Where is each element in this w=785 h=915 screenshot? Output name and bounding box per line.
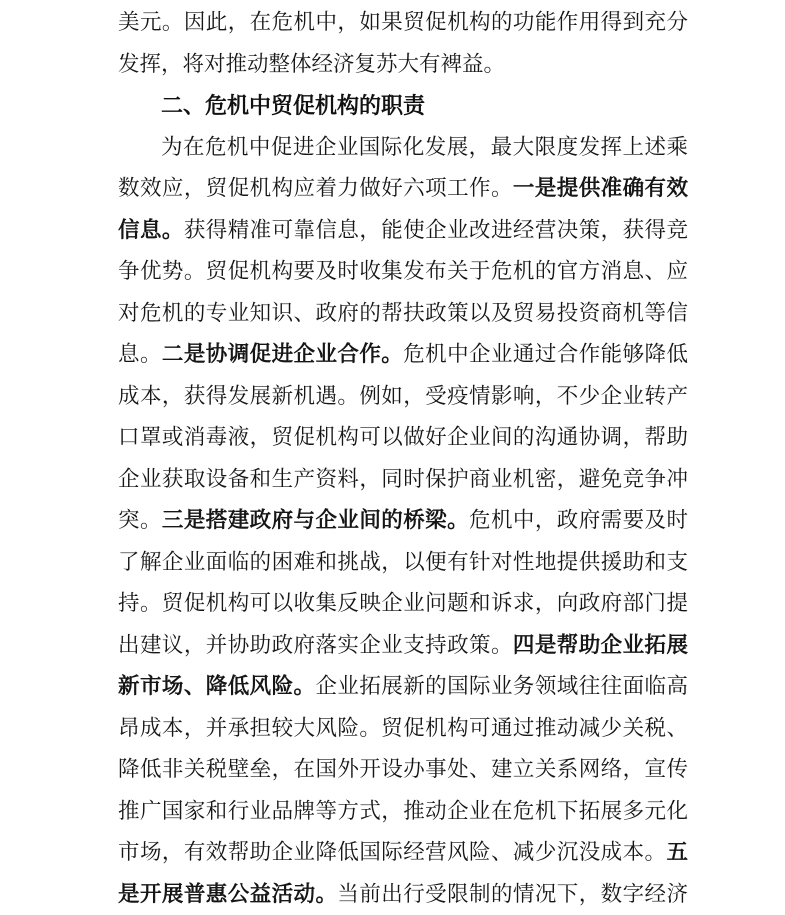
text-segment: 成本，获得发展新机遇。例如，受疫情影响，不少企业转产 xyxy=(118,384,688,408)
text-segment: 持。贸促机构可以收集反映企业问题和诉求，向政府部门提 xyxy=(118,591,688,615)
text-segment: 出建议，并协助政府落实企业支持政策。 xyxy=(118,633,513,657)
text-line: 新市场、降低风险。企业拓展新的国际业务领域往往面临高 xyxy=(118,666,688,708)
text-segment: 市场，有效帮助企业降低国际经营风险、减少沉没成本。 xyxy=(118,840,666,864)
text-line: 推广国家和行业品牌等方式，推动企业在危机下拓展多元化 xyxy=(118,791,688,833)
text-segment: 获得精准可靠信息，能使企业改进经营决策，获得竞 xyxy=(184,218,688,242)
text-segment: 降低非关税壁垒，在国外开设办事处、建立关系网络，宣传 xyxy=(118,757,688,781)
text-line: 突。三是搭建政府与企业间的桥梁。危机中，政府需要及时 xyxy=(118,500,688,542)
bold-text-segment: 四是帮助企业拓展 xyxy=(513,633,688,657)
text-segment: 争优势。贸促机构要及时收集发布关于危机的官方消息、应 xyxy=(118,259,688,283)
text-line: 信息。获得精准可靠信息，能使企业改进经营决策，获得竞 xyxy=(118,210,688,252)
text-segment: 了解企业面临的困难和挑战，以便有针对性地提供援助和支 xyxy=(118,550,688,574)
text-segment: 对危机的专业知识、政府的帮扶政策以及贸易投资商机等信 xyxy=(118,301,688,325)
bold-text-segment: 五 xyxy=(666,840,688,864)
bold-text-segment: 新市场、降低风险。 xyxy=(118,674,315,698)
text-segment: 突。 xyxy=(118,508,162,532)
text-line: 昂成本，并承担较大风险。贸促机构可通过推动减少关税、 xyxy=(118,708,688,750)
bold-text-segment: 二是协调促进企业合作。 xyxy=(162,342,403,366)
bold-text-segment: 是开展普惠公益活动。 xyxy=(118,882,337,906)
text-line: 是开展普惠公益活动。当前出行受限制的情况下，数字经济 xyxy=(118,874,688,915)
text-line: 降低非关税壁垒，在国外开设办事处、建立关系网络，宣传 xyxy=(118,749,688,791)
text-segment: 口罩或消毒液，贸促机构可以做好企业间的沟通协调，帮助 xyxy=(118,425,688,449)
section-heading: 二、危机中贸促机构的职责 xyxy=(118,85,688,127)
bold-text-segment: 三是搭建政府与企业间的桥梁。 xyxy=(162,508,469,532)
text-segment: 推广国家和行业品牌等方式，推动企业在危机下拓展多元化 xyxy=(118,799,688,823)
text-line: 口罩或消毒液，贸促机构可以做好企业间的沟通协调，帮助 xyxy=(118,417,688,459)
text-line: 发挥，将对推动整体经济复苏大有裨益。 xyxy=(118,44,688,86)
text-segment: 数效应，贸促机构应着力做好六项工作。 xyxy=(118,176,513,200)
text-line: 出建议，并协助政府落实企业支持政策。四是帮助企业拓展 xyxy=(118,625,688,667)
text-segment: 企业拓展新的国际业务领域往往面临高 xyxy=(315,674,688,698)
document-page: 美元。因此，在危机中，如果贸促机构的功能作用得到充分发挥，将对推动整体经济复苏大… xyxy=(0,0,785,915)
text-segment: 发挥，将对推动整体经济复苏大有裨益。 xyxy=(118,52,505,76)
text-segment: 息。 xyxy=(118,342,162,366)
text-segment: 昂成本，并承担较大风险。贸促机构可通过推动减少关税、 xyxy=(118,716,688,740)
text-line: 持。贸促机构可以收集反映企业问题和诉求，向政府部门提 xyxy=(118,583,688,625)
bold-text-segment: 二、危机中贸促机构的职责 xyxy=(161,93,425,118)
text-line: 对危机的专业知识、政府的帮扶政策以及贸易投资商机等信 xyxy=(118,293,688,335)
text-segment: 当前出行受限制的情况下，数字经济 xyxy=(337,882,688,906)
text-line: 数效应，贸促机构应着力做好六项工作。一是提供准确有效 xyxy=(118,168,688,210)
bold-text-segment: 一是提供准确有效 xyxy=(513,176,688,200)
text-line: 企业获取设备和生产资料，同时保护商业机密，避免竞争冲 xyxy=(118,459,688,501)
text-line: 成本，获得发展新机遇。例如，受疫情影响，不少企业转产 xyxy=(118,376,688,418)
text-line: 美元。因此，在危机中，如果贸促机构的功能作用得到充分 xyxy=(118,2,688,44)
text-line: 争优势。贸促机构要及时收集发布关于危机的官方消息、应 xyxy=(118,251,688,293)
text-segment: 美元。因此，在危机中，如果贸促机构的功能作用得到充分 xyxy=(118,10,688,34)
text-segment: 企业获取设备和生产资料，同时保护商业机密，避免竞争冲 xyxy=(118,467,688,491)
text-segment: 危机中企业通过合作能够降低 xyxy=(403,342,688,366)
text-line: 市场，有效帮助企业降低国际经营风险、减少沉没成本。五 xyxy=(118,832,688,874)
text-line: 息。二是协调促进企业合作。危机中企业通过合作能够降低 xyxy=(118,334,688,376)
bold-text-segment: 信息。 xyxy=(118,218,184,242)
text-line: 了解企业面临的困难和挑战，以便有针对性地提供援助和支 xyxy=(118,542,688,584)
text-segment: 危机中，政府需要及时 xyxy=(469,508,688,532)
text-segment: 为在危机中促进企业国际化发展，最大限度发挥上述乘 xyxy=(161,135,688,159)
page-content: 美元。因此，在危机中，如果贸促机构的功能作用得到充分发挥，将对推动整体经济复苏大… xyxy=(118,2,688,915)
text-line: 为在危机中促进企业国际化发展，最大限度发挥上述乘 xyxy=(118,127,688,169)
